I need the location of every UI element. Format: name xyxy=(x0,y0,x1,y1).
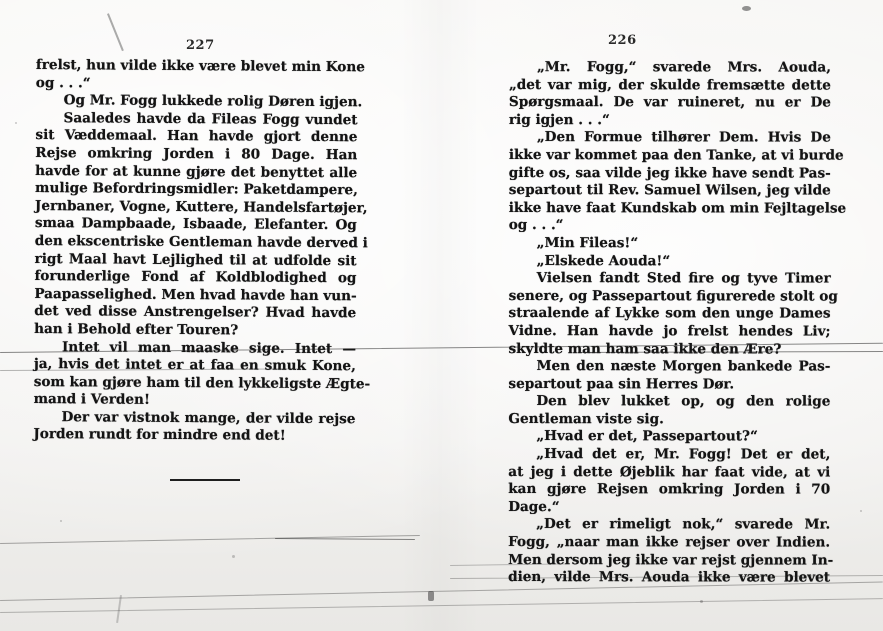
text-line: sit Væddemaal. Han havde gjort denne xyxy=(35,127,357,147)
text-line: dien, vilde Mrs. Aouda ikke være blevet xyxy=(508,569,830,587)
text-line: at jeg i dette Øjeblik har faat vide, at… xyxy=(508,464,830,482)
text-line: og . . .“ xyxy=(509,217,831,235)
text-line: som kan gjøre ham til den lykkeligste Æg… xyxy=(34,374,356,394)
left-page-text: frelst, hun vilde ikke være blevet min K… xyxy=(33,57,358,446)
text-line: Men dersom jeg ikke var rejst gjennem In… xyxy=(508,552,830,570)
text-line: smaa Dampbaade, Isbaade, Elefanter. Og xyxy=(35,215,357,235)
end-of-chapter-rule xyxy=(170,479,240,481)
text-line: separtout paa sin Herres Dør. xyxy=(508,376,830,394)
text-line: „Hvad det er, Mr. Fogg! Det er det, xyxy=(508,446,830,464)
text-line: havde for at kunne gjøre det benyttet al… xyxy=(35,163,357,183)
text-line: Spørgsmaal. De var ruineret, nu er De xyxy=(509,94,831,112)
text-line: mulige Befordringsmidler: Paketdampere, xyxy=(35,180,357,200)
text-line: Rejse omkring Jorden i 80 Dage. Han xyxy=(35,145,357,165)
text-line: og . . .“ xyxy=(36,75,358,95)
text-line: „Elskede Aouda!“ xyxy=(509,253,831,271)
text-line: „Min Fileas!“ xyxy=(509,235,831,253)
text-line: ja, hvis det intet er at faa en smuk Kon… xyxy=(34,356,356,376)
scan-speck xyxy=(742,6,751,11)
right-page: 226 „Mr. Fogg,“ svarede Mrs. Aouda,„det … xyxy=(440,0,883,631)
text-line: „Den Formue tilhører Dem. Hvis De xyxy=(509,129,831,147)
text-line: frelst, hun vilde ikke være blevet min K… xyxy=(36,57,358,77)
scan-speck xyxy=(232,555,235,558)
text-line: Den blev lukket op, og den rolige xyxy=(508,393,830,411)
text-line: rigt Maal havt Lejlighed til at udfolde … xyxy=(35,251,357,271)
text-line: det ved disse Anstrengelser? Hvad havde xyxy=(34,303,356,323)
text-line: separtout til Rev. Samuel Wilsen, jeg vi… xyxy=(509,182,831,200)
text-line: Vidne. Han havde jo frelst hendes Liv; xyxy=(509,323,831,341)
text-line: Jernbaner, Vogne, Kuttere, Handelsfartøj… xyxy=(35,198,357,218)
text-line: Og Mr. Fogg lukkede rolig Døren igjen. xyxy=(36,92,358,112)
right-page-text: „Mr. Fogg,“ svarede Mrs. Aouda,„det var … xyxy=(508,59,831,587)
text-line: Saaledes havde da Fileas Fogg vundet xyxy=(36,110,358,130)
text-line: Fogg, „naar man ikke rejser over Indien. xyxy=(508,534,830,552)
scan-speck xyxy=(860,510,862,512)
text-line: rig igjen . . .“ xyxy=(509,112,831,130)
text-line: Vielsen fandt Sted fire og tyve Timer xyxy=(509,270,831,288)
text-line: kan gjøre Rejsen omkring Jorden i 70 xyxy=(508,481,830,499)
scan-speck xyxy=(60,520,62,522)
text-line: Gentleman viste sig. xyxy=(508,411,830,429)
page-number-left: 227 xyxy=(186,38,215,53)
text-line: „Hvad er det, Passepartout?“ xyxy=(508,428,830,446)
text-line: „det var mig, der skulde fremsætte dette xyxy=(509,77,831,95)
text-line: Dage.“ xyxy=(508,499,830,517)
text-line: ikke var kommet paa den Tanke, at vi bur… xyxy=(509,147,831,165)
text-line: „Det er rimeligt nok,“ svarede Mr. xyxy=(508,516,830,534)
scan-speck xyxy=(15,122,17,124)
text-line: den ekscentriske Gentleman havde derved … xyxy=(35,233,357,253)
book-spread: 227 frelst, hun vilde ikke være blevet m… xyxy=(0,0,883,631)
text-line: Jorden rundt for mindre end det! xyxy=(33,426,355,446)
text-line: gifte os, saa vilde jeg ikke have sendt … xyxy=(509,165,831,183)
scan-speck xyxy=(428,591,434,601)
text-line: Der var vistnok mange, der vilde rejse xyxy=(33,409,355,429)
text-line: Paapasselighed. Men hvad havde han vun- xyxy=(34,286,356,306)
text-line: straalende af Lykke som den unge Dames xyxy=(509,305,831,323)
text-line: mand i Verden! xyxy=(34,391,356,411)
page-number-right: 226 xyxy=(608,33,637,48)
scan-speck xyxy=(700,600,703,603)
text-line: ikke have faat Kundskab om min Fejltagel… xyxy=(509,200,831,218)
text-line: „Mr. Fogg,“ svarede Mrs. Aouda, xyxy=(509,59,831,77)
text-line: forunderlige Fond af Koldblodighed og xyxy=(34,268,356,288)
text-line: senere, og Passepartout figurerede stolt… xyxy=(509,288,831,306)
text-line: Men den næste Morgen bankede Pas- xyxy=(508,358,830,376)
text-line: han i Behold efter Touren? xyxy=(34,321,356,341)
